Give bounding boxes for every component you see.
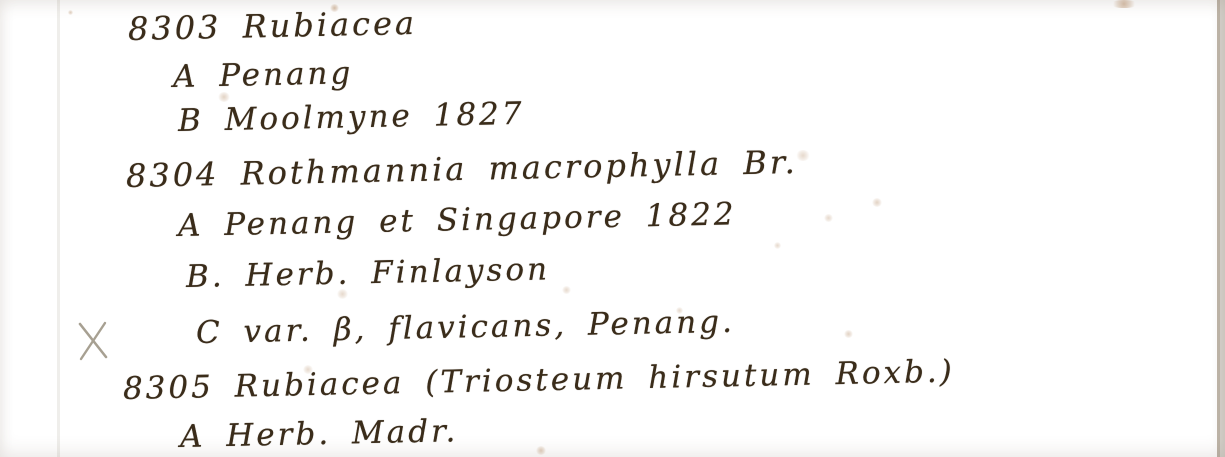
- foxing-stain: [844, 330, 853, 338]
- foxing-stain: [68, 10, 73, 15]
- foxing-stain: [824, 214, 833, 222]
- page-edge-shadow: [1220, 0, 1225, 457]
- entry-8305-item-a: A Herb. Madr.: [180, 413, 459, 455]
- foxing-stain: [872, 198, 882, 207]
- entry-8303-item-a: A Penang: [173, 55, 354, 95]
- paper-fold-line: [57, 0, 60, 457]
- entry-8304-heading: 8304 Rothmannia macrophylla Br.: [126, 143, 798, 195]
- page-edge: [1217, 0, 1220, 457]
- entry-8303-item-b: B Moolmyne 1827: [178, 96, 525, 139]
- foxing-stain: [774, 242, 781, 249]
- entry-8304-item-a: A Penang et Singapore 1822: [178, 196, 737, 244]
- foxing-stain: [562, 286, 571, 294]
- foxing-stain: [536, 446, 546, 455]
- foxing-stain: [796, 150, 810, 161]
- entry-8305-heading: 8305 Rubiacea (Triosteum hirsutum Roxb.): [123, 354, 956, 407]
- pencil-x-mark: [76, 319, 110, 361]
- entry-8304-item-b: B. Herb. Finlayson: [186, 251, 551, 295]
- entry-8304-item-c: C var. β, flavicans, Penang.: [196, 304, 736, 351]
- entry-8303-heading: 8303 Rubiacea: [128, 4, 418, 48]
- foxing-stain: [1110, 0, 1138, 8]
- manuscript-page: 8303 Rubiacea A Penang B Moolmyne 1827 8…: [0, 0, 1225, 457]
